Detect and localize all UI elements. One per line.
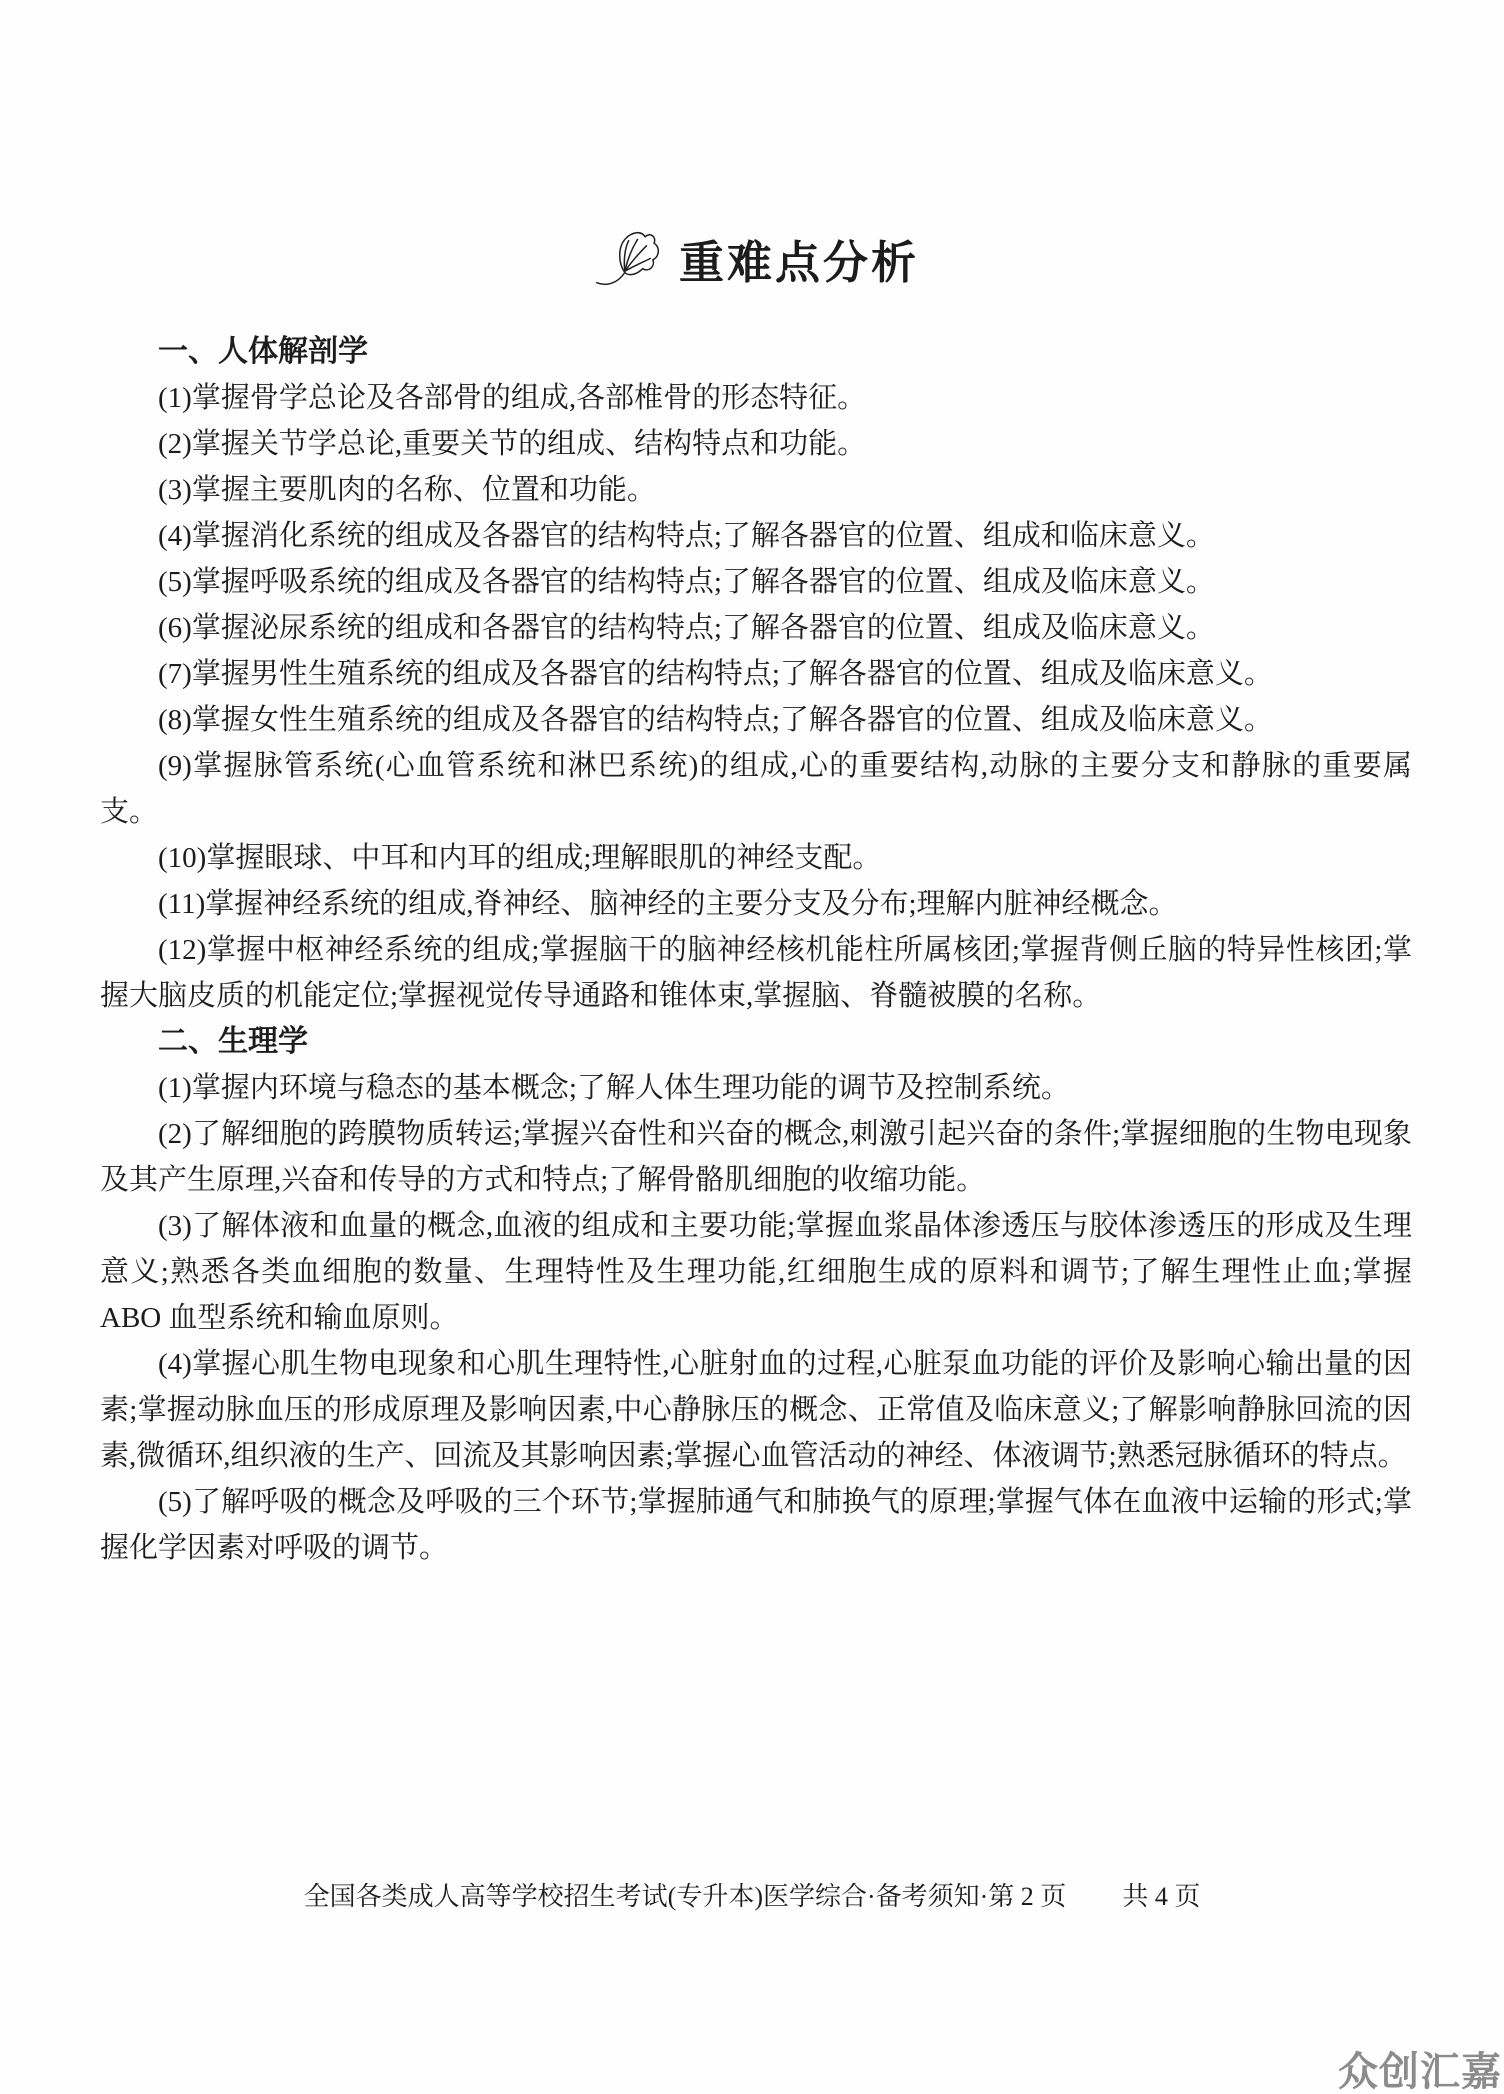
syllabus-item: (1)掌握骨学总论及各部骨的组成,各部椎骨的形态特征。: [100, 375, 1412, 421]
syllabus-item: (10)掌握眼球、中耳和内耳的组成;理解眼肌的神经支配。: [100, 835, 1412, 881]
sections-container: 一、人体解剖学 (1)掌握骨学总论及各部骨的组成,各部椎骨的形态特征。 (2)掌…: [100, 329, 1412, 1571]
document-body: 重难点分析 一、人体解剖学 (1)掌握骨学总论及各部骨的组成,各部椎骨的形态特征…: [100, 226, 1412, 1571]
syllabus-item: (5)掌握呼吸系统的组成及各器官的结构特点;了解各器官的位置、组成及临床意义。: [100, 559, 1412, 605]
ginkgo-leaf-icon: [593, 229, 663, 288]
syllabus-item: (8)掌握女性生殖系统的组成及各器官的结构特点;了解各器官的位置、组成及临床意义…: [100, 697, 1412, 743]
syllabus-item: (11)掌握神经系统的组成,脊神经、脑神经的主要分支及分布;理解内脏神经概念。: [100, 881, 1412, 927]
section-heading: 二、生理学: [100, 1019, 1412, 1065]
syllabus-item: (3)了解体液和血量的概念,血液的组成和主要功能;掌握血浆晶体渗透压与胶体渗透压…: [100, 1203, 1412, 1341]
syllabus-item: (5)了解呼吸的概念及呼吸的三个环节;掌握肺通气和肺换气的原理;掌握气体在血液中…: [100, 1479, 1412, 1571]
footer-text: 全国各类成人高等学校招生考试(专升本)医学综合·备考须知·第 2 页: [304, 1882, 1067, 1911]
syllabus-item: (9)掌握脉管系统(心血管系统和淋巴系统)的组成,心的重要结构,动脉的主要分支和…: [100, 743, 1412, 835]
section-heading: 一、人体解剖学: [100, 329, 1412, 375]
syllabus-section: 一、人体解剖学 (1)掌握骨学总论及各部骨的组成,各部椎骨的形态特征。 (2)掌…: [100, 329, 1412, 1019]
syllabus-item: (12)掌握中枢神经系统的组成;掌握脑干的脑神经核机能柱所属核团;掌握背侧丘脑的…: [100, 927, 1412, 1019]
footer-total-pages: 共 4 页: [1122, 1882, 1200, 1911]
page-footer: 全国各类成人高等学校招生考试(专升本)医学综合·备考须知·第 2 页共 4 页: [0, 1876, 1504, 1913]
syllabus-item: (6)掌握泌尿系统的组成和各器官的结构特点;了解各器官的位置、组成及临床意义。: [100, 605, 1412, 651]
watermark-logo: 众创汇嘉: [1338, 2052, 1502, 2092]
syllabus-item: (2)了解细胞的跨膜物质转运;掌握兴奋性和兴奋的概念,刺激引起兴奋的条件;掌握细…: [100, 1111, 1412, 1203]
syllabus-section: 二、生理学 (1)掌握内环境与稳态的基本概念;了解人体生理功能的调节及控制系统。…: [100, 1019, 1412, 1571]
page-title: 重难点分析: [679, 226, 919, 291]
syllabus-item: (4)掌握心肌生物电现象和心肌生理特性,心脏射血的过程,心脏泵血功能的评价及影响…: [100, 1341, 1412, 1479]
syllabus-item: (3)掌握主要肌肉的名称、位置和功能。: [100, 467, 1412, 513]
syllabus-item: (2)掌握关节学总论,重要关节的组成、结构特点和功能。: [100, 421, 1412, 467]
syllabus-item: (7)掌握男性生殖系统的组成及各器官的结构特点;了解各器官的位置、组成及临床意义…: [100, 651, 1412, 697]
syllabus-item: (4)掌握消化系统的组成及各器官的结构特点;了解各器官的位置、组成和临床意义。: [100, 513, 1412, 559]
syllabus-item: (1)掌握内环境与稳态的基本概念;了解人体生理功能的调节及控制系统。: [100, 1065, 1412, 1111]
page-title-row: 重难点分析: [100, 226, 1412, 291]
document-page: 重难点分析 一、人体解剖学 (1)掌握骨学总论及各部骨的组成,各部椎骨的形态特征…: [0, 0, 1504, 2094]
